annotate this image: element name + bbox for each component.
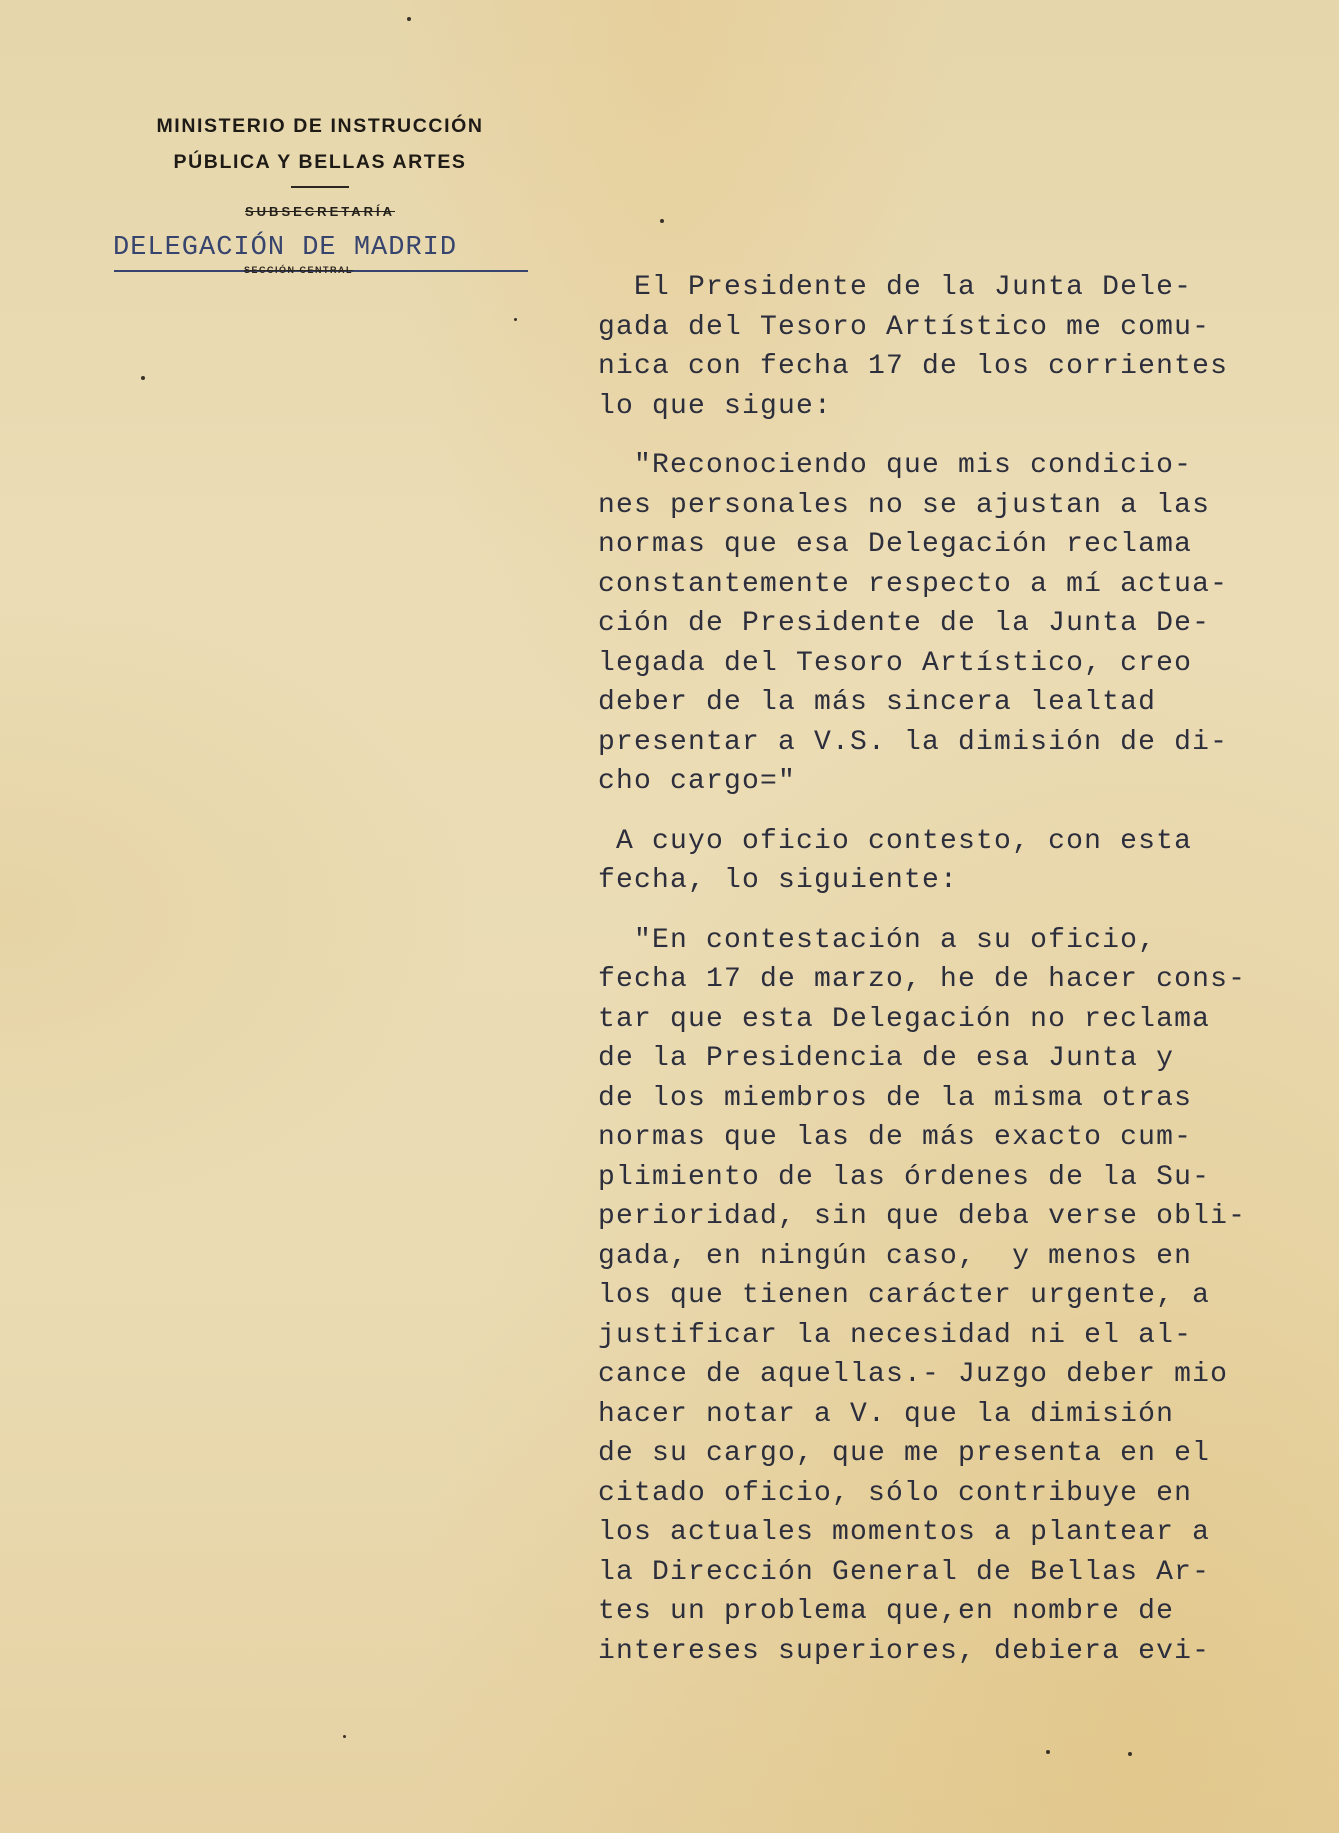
- text-line: fecha, lo siguiente:: [598, 861, 1338, 901]
- paper-speck: [1046, 1750, 1050, 1754]
- text-line: hacer notar a V. que la dimisión: [598, 1395, 1338, 1435]
- text-line: constantemente respecto a mí actua-: [598, 565, 1338, 605]
- paper-speck: [343, 1735, 346, 1738]
- text-line: gada del Tesoro Artístico me comu-: [598, 308, 1338, 348]
- text-line: El Presidente de la Junta Dele-: [598, 268, 1338, 308]
- text-line: gada, en ningún caso, y menos en: [598, 1237, 1338, 1277]
- text-line: nes personales no se ajustan a las: [598, 486, 1338, 526]
- text-line: "Reconociendo que mis condicio-: [598, 446, 1338, 486]
- text-line: tes un problema que,en nombre de: [598, 1592, 1338, 1632]
- ministry-line-2: PÚBLICA Y BELLAS ARTES: [100, 144, 540, 180]
- paragraph-reply-intro: A cuyo oficio contesto, con esta fecha, …: [598, 822, 1338, 901]
- struck-seccion-central: SECCIÓN CENTRAL: [244, 265, 353, 275]
- text-line: cance de aquellas.- Juzgo deber mio: [598, 1355, 1338, 1395]
- text-line: deber de la más sincera lealtad: [598, 683, 1338, 723]
- text-line: normas que las de más exacto cum-: [598, 1118, 1338, 1158]
- text-line: plimiento de las órdenes de la Su-: [598, 1158, 1338, 1198]
- text-line: presentar a V.S. la dimisión de di-: [598, 723, 1338, 763]
- text-line: normas que esa Delegación reclama: [598, 525, 1338, 565]
- paragraph-quoted-reply: "En contestación a su oficio, fecha 17 d…: [598, 921, 1338, 1672]
- paper-speck: [407, 17, 411, 21]
- document-page: MINISTERIO DE INSTRUCCIÓN PÚBLICA Y BELL…: [0, 0, 1339, 1833]
- paper-speck: [141, 376, 145, 380]
- text-line: cho cargo=": [598, 762, 1338, 802]
- text-line: A cuyo oficio contesto, con esta: [598, 822, 1338, 862]
- letterhead: MINISTERIO DE INSTRUCCIÓN PÚBLICA Y BELL…: [100, 108, 540, 222]
- text-line: los que tienen carácter urgente, a: [598, 1276, 1338, 1316]
- paper-speck: [514, 318, 517, 321]
- text-line: nica con fecha 17 de los corrientes: [598, 347, 1338, 387]
- text-line: legada del Tesoro Artístico, creo: [598, 644, 1338, 684]
- text-line: "En contestación a su oficio,: [598, 921, 1338, 961]
- text-line: intereses superiores, debiera evi-: [598, 1632, 1338, 1672]
- text-line: perioridad, sin que deba verse obli-: [598, 1197, 1338, 1237]
- typewritten-body: El Presidente de la Junta Dele- gada del…: [598, 268, 1338, 1671]
- text-line: la Dirección General de Bellas Ar-: [598, 1553, 1338, 1593]
- paper-speck: [1128, 1752, 1132, 1756]
- paragraph-quoted-resignation: "Reconociendo que mis condicio- nes pers…: [598, 446, 1338, 802]
- delegation-stamp: DELEGACIÓN DE MADRID: [113, 233, 531, 263]
- text-line: de la Presidencia de esa Junta y: [598, 1039, 1338, 1079]
- ministry-line-1: MINISTERIO DE INSTRUCCIÓN: [100, 108, 540, 144]
- text-line: fecha 17 de marzo, he de hacer cons-: [598, 960, 1338, 1000]
- text-line: lo que sigue:: [598, 387, 1338, 427]
- struck-subsecretaria: SUBSECRETARÍA: [100, 202, 540, 222]
- text-line: los actuales momentos a plantear a: [598, 1513, 1338, 1553]
- paper-speck: [660, 219, 664, 223]
- text-line: tar que esta Delegación no reclama: [598, 1000, 1338, 1040]
- text-line: de los miembros de la misma otras: [598, 1079, 1338, 1119]
- text-line: citado oficio, sólo contribuye en: [598, 1474, 1338, 1514]
- text-line: justificar la necesidad ni el al-: [598, 1316, 1338, 1356]
- text-line: ción de Presidente de la Junta De-: [598, 604, 1338, 644]
- letterhead-divider: [291, 186, 349, 188]
- text-line: de su cargo, que me presenta en el: [598, 1434, 1338, 1474]
- paragraph-intro: El Presidente de la Junta Dele- gada del…: [598, 268, 1338, 426]
